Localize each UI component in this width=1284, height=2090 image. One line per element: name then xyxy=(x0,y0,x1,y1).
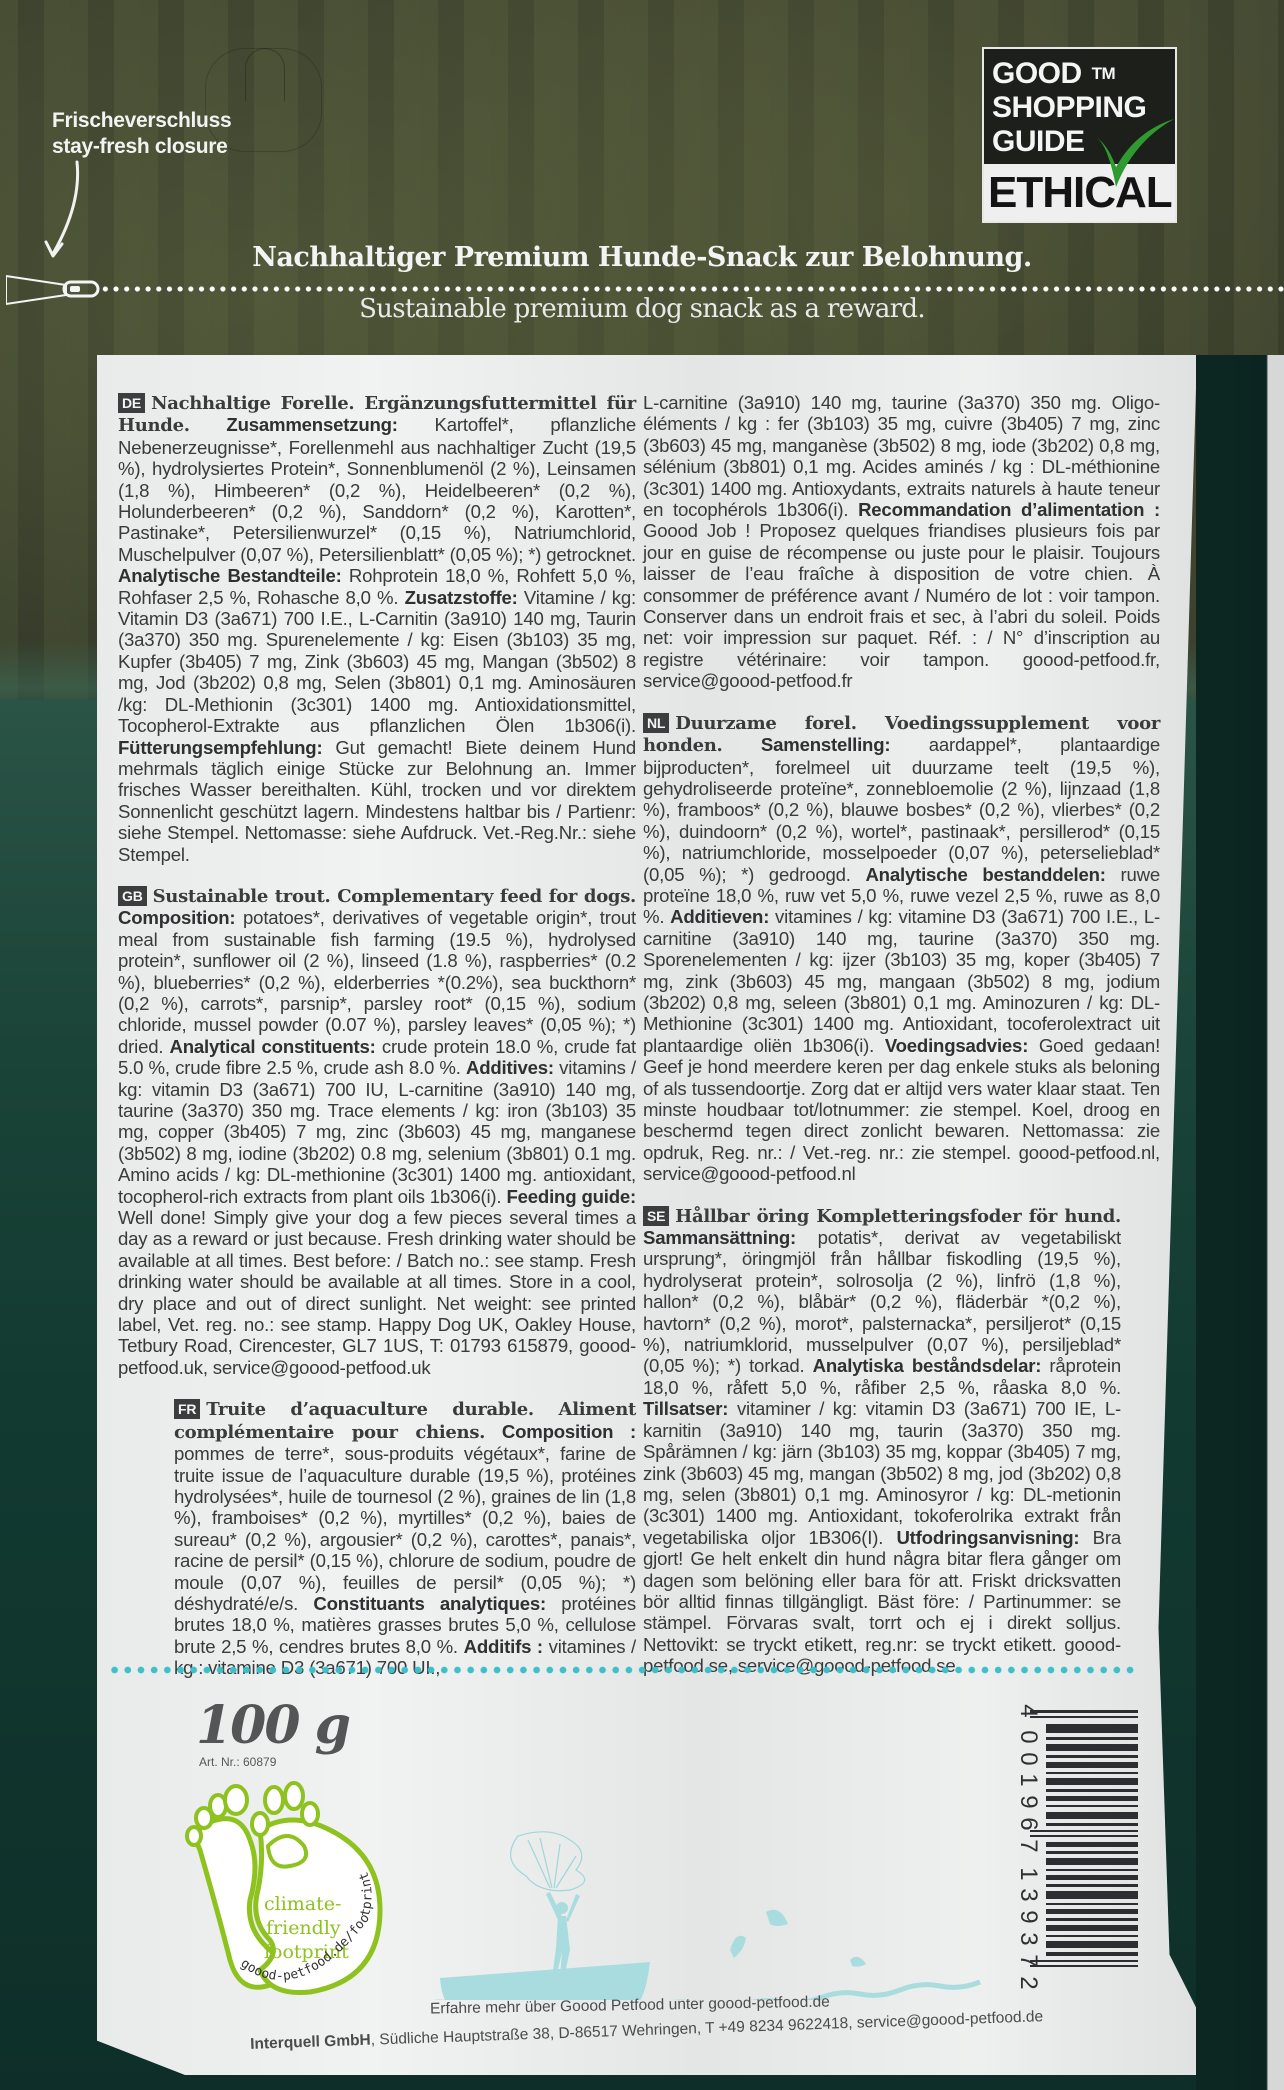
barcode-digit: 0 xyxy=(1017,1725,1039,1749)
lang-badge-se: SE xyxy=(643,1206,669,1226)
fisherman-boat-illustration xyxy=(400,1830,1060,2000)
label: Sammansättning: xyxy=(643,1227,796,1248)
label: Analytiska beståndsdelar: xyxy=(813,1355,1042,1376)
lang-badge-de: DE xyxy=(118,393,145,413)
label: Recommandation d’alimentation : xyxy=(858,499,1160,520)
badge-line-guide: GUIDE xyxy=(992,125,1085,159)
barcode-digit: 3 xyxy=(1017,1927,1039,1951)
barcode-digit: 7 xyxy=(1017,1949,1039,1973)
text-column-right: L-carnitine (3a910) 140 mg, taurine (3a3… xyxy=(643,392,1160,1697)
feeding-text: Well done! Simply give your dog a few pi… xyxy=(118,1207,636,1378)
label: Additifs : xyxy=(464,1636,543,1657)
composition-text: pommes de terre*, sous-produits végétaux… xyxy=(174,1443,636,1614)
feeding-text: Bra gjort! Ge helt enkelt din hund några… xyxy=(643,1527,1121,1676)
barcode-digit: 0 xyxy=(1017,1746,1039,1770)
section-title-gb: Sustainable trout. Complementary feed fo… xyxy=(153,886,636,907)
section-fr-continued: L-carnitine (3a910) 140 mg, taurine (3a3… xyxy=(643,392,1160,692)
label: Constituants analytiques: xyxy=(313,1593,546,1614)
section-gb: GBSustainable trout. Complementary feed … xyxy=(118,885,636,1378)
barcode-digit: 3 xyxy=(1017,1883,1039,1907)
label: Tillsatser: xyxy=(643,1398,728,1419)
barcode-digit: 1 xyxy=(1017,1861,1039,1885)
barcode-digit: 7 xyxy=(1017,1834,1039,1858)
text-column-left: DENachhaltige Forelle. Ergänzungsfutterm… xyxy=(118,392,636,1699)
barcode-digit: 9 xyxy=(1017,1790,1039,1814)
article-number: Art. Nr.: 60879 xyxy=(199,1755,276,1769)
additives-text: vitamines / kg: vitamine D3 (3a671) 700 … xyxy=(643,906,1160,1055)
headline: Nachhaltiger Premium Hunde-Snack zur Bel… xyxy=(0,242,1284,273)
lang-badge-gb: GB xyxy=(118,886,147,906)
label: Voedingsadvies: xyxy=(885,1035,1028,1056)
subline: Sustainable premium dog snack as a rewar… xyxy=(0,294,1284,324)
label: Analytische bestanddelen: xyxy=(865,864,1105,885)
section-nl: NLDuurzame forel. Voedingssupplement voo… xyxy=(643,712,1160,1185)
svg-text:climate-: climate- xyxy=(264,1893,341,1915)
closure-label-en: stay-fresh closure xyxy=(52,134,231,160)
additives-text: vitamins / kg: vitamin D3 (3a671) 700 IU… xyxy=(118,1057,636,1206)
section-fr: FRTruite d’aquaculture durable. Aliment … xyxy=(118,1398,636,1678)
feeding-text: Goood Job ! Proposez quelques friandises… xyxy=(643,520,1160,691)
barcode-digit: 9 xyxy=(1017,1905,1039,1929)
product-pouch: Frischeverschluss stay-fresh closure GOO… xyxy=(0,0,1284,2090)
closure-label: Frischeverschluss stay-fresh closure xyxy=(52,108,231,160)
additives-text: Vitamine / kg: Vitamin D3 (3a671) 700 I.… xyxy=(118,587,636,736)
additives-text: vitaminer / kg: vitamin D3 (3a671) 700 I… xyxy=(643,1398,1121,1547)
label: Analytische Bestandteile: xyxy=(118,565,342,586)
zipper-track xyxy=(100,286,1284,292)
label: Samenstelling: xyxy=(761,734,890,755)
section-title-se: Hållbar öring Kompletteringsfoder för hu… xyxy=(675,1206,1121,1227)
label: Zusatzstoffe: xyxy=(405,587,518,608)
composition-text: potatoes*, derivatives of vegetable orig… xyxy=(118,907,636,1056)
check-mark-icon xyxy=(1094,117,1176,197)
label: Composition : xyxy=(502,1421,636,1442)
net-weight: 100 g xyxy=(196,1695,349,1756)
label: Additives: xyxy=(466,1057,554,1078)
label: Analytical constituents: xyxy=(170,1036,376,1057)
label: Zusammensetzung: xyxy=(226,414,397,435)
section-se: SEHållbar öring Kompletteringsfoder för … xyxy=(643,1205,1121,1677)
composition-text: aardappel*, plantaardige bijproducten*, … xyxy=(643,734,1160,884)
barcode-digit: 4 xyxy=(1017,1699,1039,1723)
feeding-text: Goed gedaan! Geef je hond meerdere keren… xyxy=(643,1035,1160,1184)
label: Fütterungsempfehlung: xyxy=(118,737,322,758)
closure-label-de: Frischeverschluss xyxy=(52,108,231,134)
label: Composition: xyxy=(118,907,235,928)
composition-text: Kartoffel*, pflanzliche Nebenerzeugnisse… xyxy=(118,414,636,564)
company-name: Interquell GmbH xyxy=(250,2032,371,2053)
dotted-divider xyxy=(108,1666,1135,1674)
good-shopping-guide-badge: GOODTM SHOPPING GUIDE ETHICAL xyxy=(982,47,1177,223)
label: Additieven: xyxy=(670,906,769,927)
label: Utfodringsanvisning: xyxy=(896,1527,1079,1548)
composition-text: potatis*, derivat av vegetabiliskt urspr… xyxy=(643,1227,1121,1376)
lang-badge-fr: FR xyxy=(174,1399,200,1419)
barcode-digit: 1 xyxy=(1017,1768,1039,1792)
pouch-right-side xyxy=(1196,355,1284,2090)
badge-line-good: GOODTM xyxy=(992,57,1115,91)
label: Feeding guide: xyxy=(506,1186,636,1207)
barcode-digits: 4001967139372 xyxy=(1016,1700,1046,1970)
climate-footprint-logo: climate- friendly footprint goood-petfoo… xyxy=(180,1770,390,2000)
barcode-digit: 6 xyxy=(1017,1812,1039,1836)
svg-text:friendly: friendly xyxy=(266,1917,341,1939)
barcode-digit: 2 xyxy=(1017,1970,1039,1994)
section-de: DENachhaltige Forelle. Ergänzungsfutterm… xyxy=(118,392,636,865)
lang-badge-nl: NL xyxy=(643,713,669,733)
